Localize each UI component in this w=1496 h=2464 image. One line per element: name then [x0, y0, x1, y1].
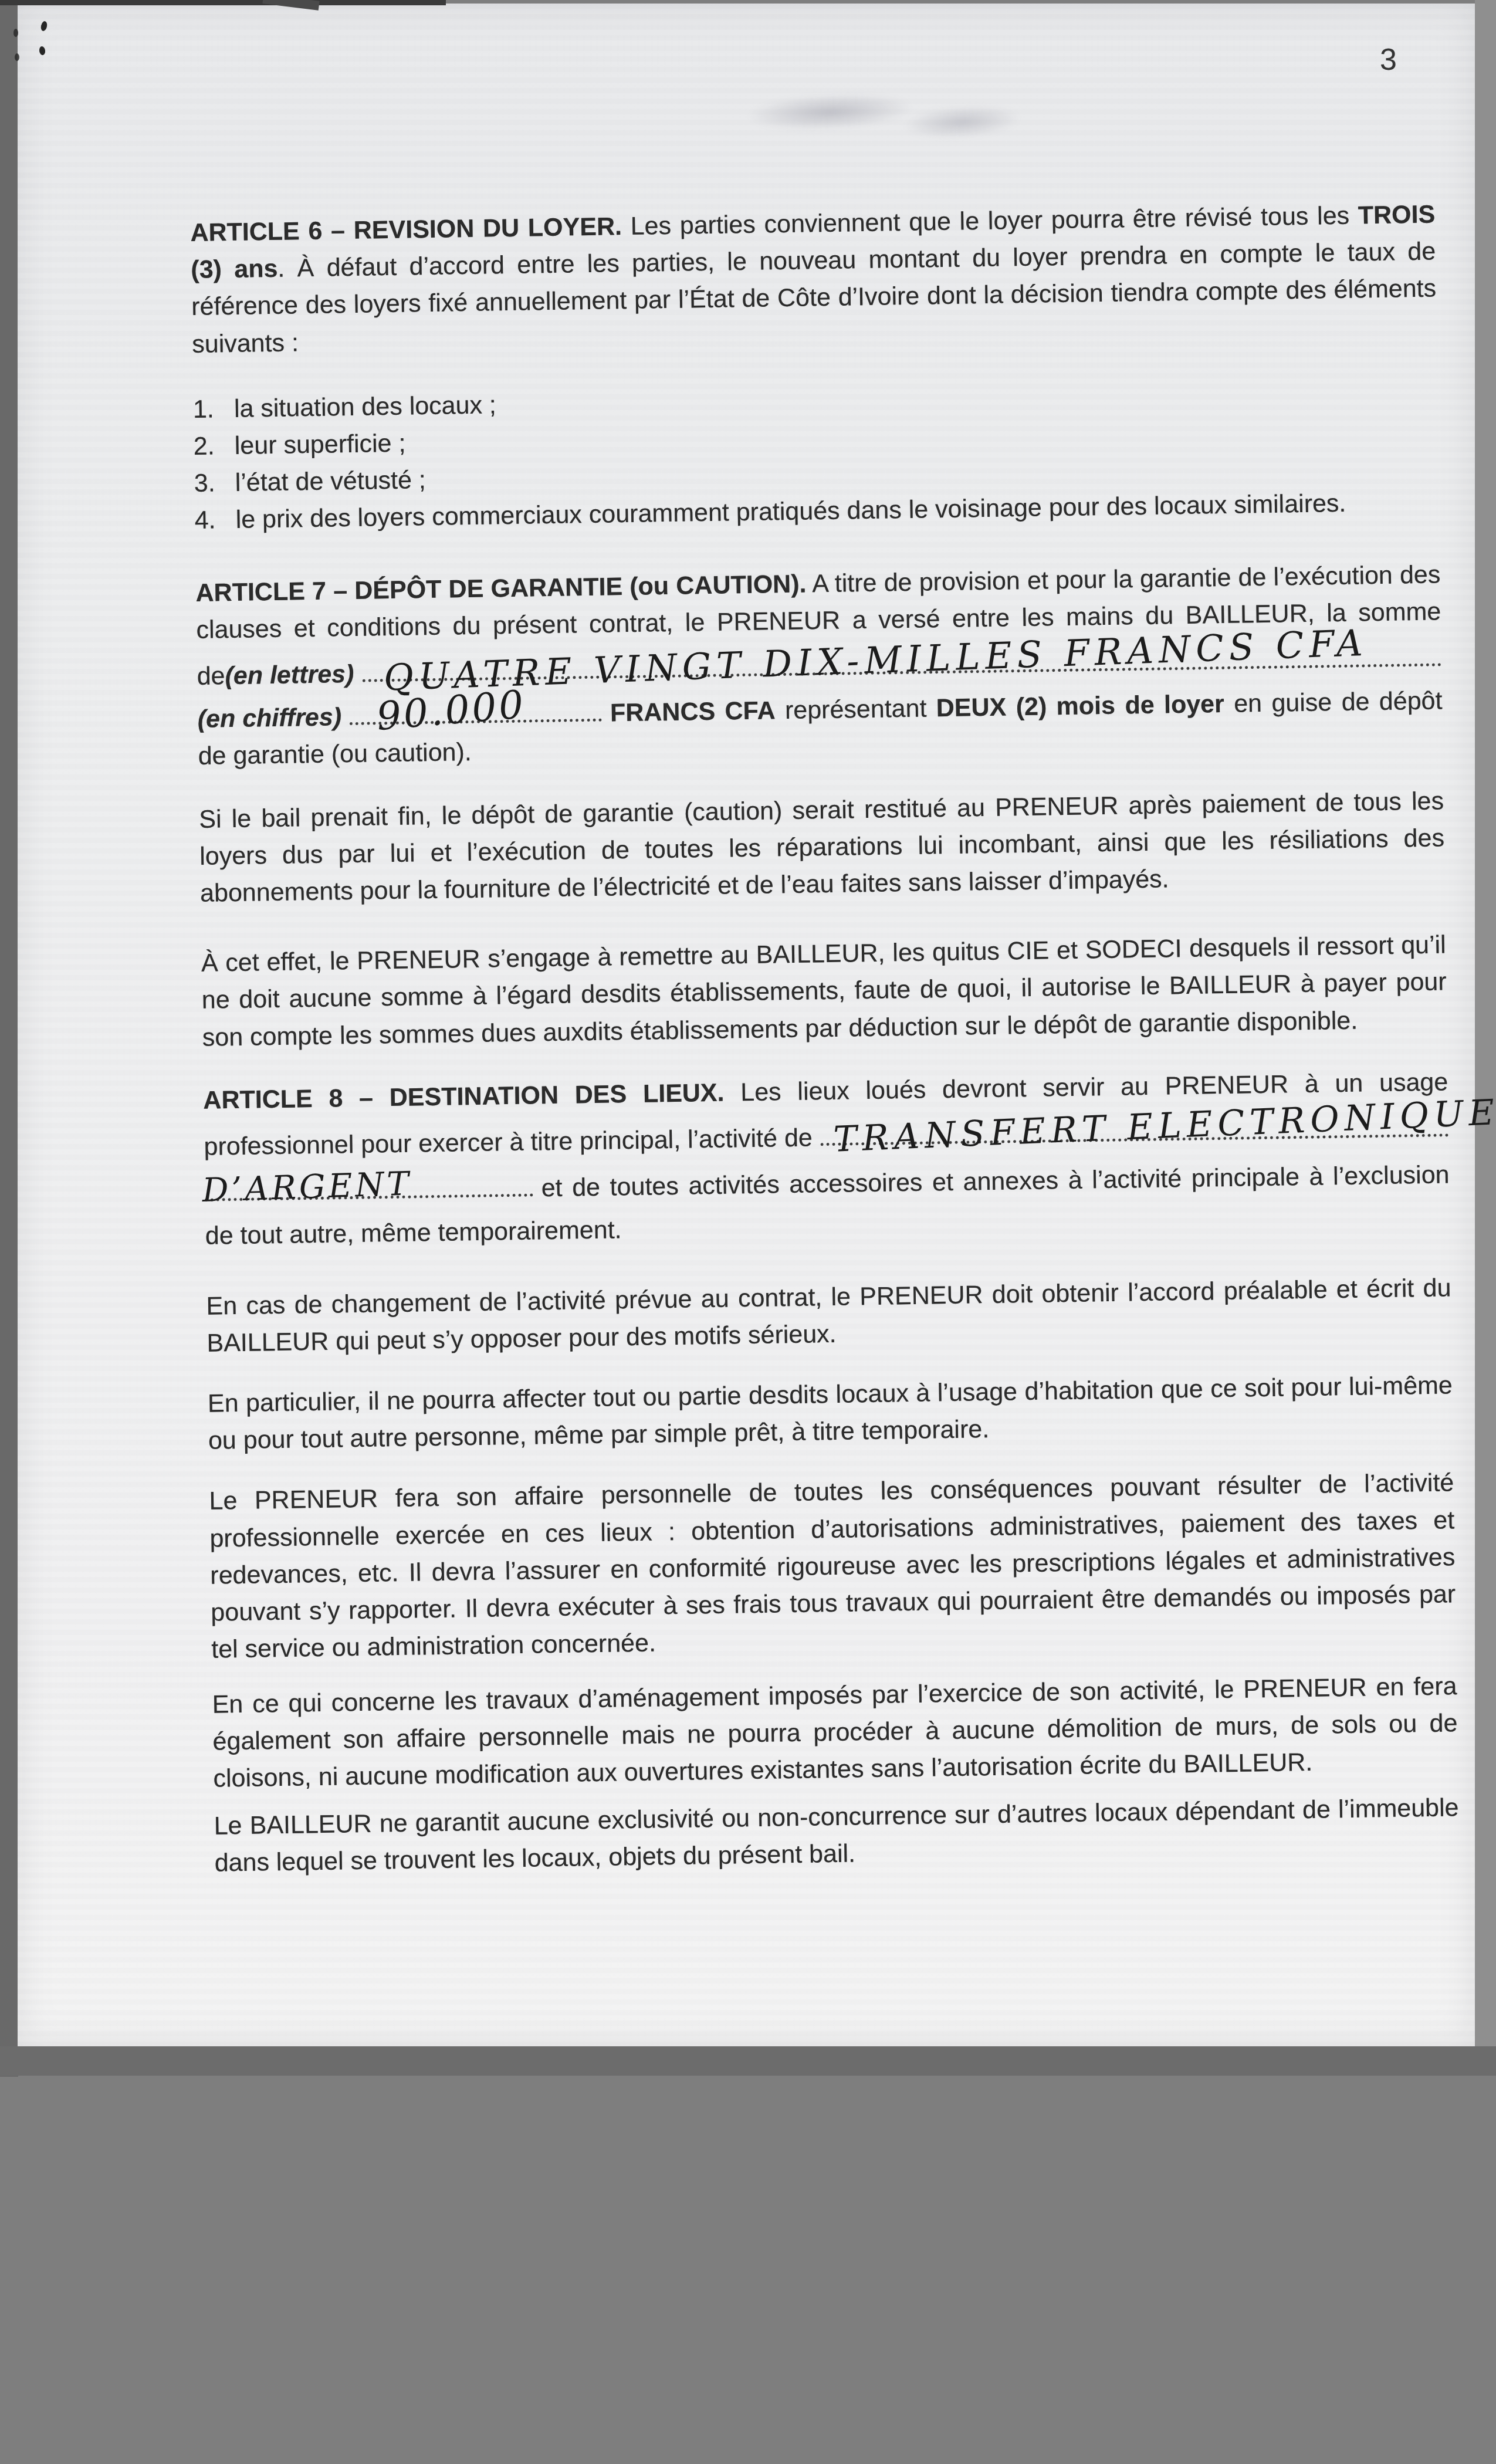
scanner-bed-top-edge [0, 0, 446, 5]
article-6-heading: ARTICLE 6 – REVISION DU LOYER. [190, 212, 622, 247]
article-7-paragraph-3: À cet effet, le PRENEUR s’engage à remet… [201, 927, 1447, 1057]
list-item-number: 3. [194, 465, 235, 502]
scanner-bed-right-edge [1475, 0, 1496, 2049]
article-7-heading: ARTICLE 7 – DÉPÔT DE GARANTIE (ou CAUTIO… [195, 570, 807, 607]
article-7-paragraph-2: Si le bail prenait fin, le dépôt de gara… [199, 783, 1446, 912]
article-8-paragraph-3: En particulier, il ne pourra affecter to… [208, 1367, 1454, 1460]
article-6-body-2: . À défaut d’accord entre les parties, l… [191, 238, 1436, 358]
contract-text-block: ARTICLE 6 – REVISION DU LOYER. Les parti… [190, 197, 1460, 1883]
two-months-bold: DEUX (2) mois de loyer [936, 690, 1224, 722]
figures-text-2: en guise de dépôt [1224, 687, 1442, 719]
scanner-bed-bottom-band [0, 2046, 1496, 2076]
en-chiffres-label: (en chiffres) [197, 699, 341, 739]
article-8-paragraph-4: Le PRENEUR fera son affaire personnelle … [209, 1465, 1456, 1668]
dotted-fill-segment: D’ARGENT [205, 1193, 533, 1201]
list-item-number: 1. [192, 391, 234, 428]
list-item-number: 2. [193, 428, 235, 465]
activity-line-text: professionnel pour exercer à titre princ… [204, 1120, 813, 1166]
scanner-bed-left-edge [0, 0, 18, 2077]
list-item-text: leur superficie ; [234, 425, 405, 465]
handwritten-amount-figures: 90.000 [375, 685, 528, 736]
list-item-number: 4. [194, 502, 236, 539]
article-6-criteria-list: 1. la situation des locaux ; 2. leur sup… [192, 373, 1440, 539]
list-item-text: la situation des locaux ; [233, 387, 496, 428]
article-8-paragraph-5: En ce qui concerne les travaux d’aménage… [212, 1668, 1458, 1798]
page-number: 3 [1380, 42, 1397, 77]
dotted-fill-line: QUATRE VINGT DIX-MILLES FRANCS CFA [362, 662, 1441, 682]
staple-hole [15, 53, 19, 61]
list-item-text: l’état de vétusté ; [235, 462, 426, 502]
article-8-paragraph-2: En cas de changement de l’activité prévu… [206, 1270, 1452, 1362]
en-lettres-label: (en lettres) [225, 656, 354, 695]
dotted-fill-segment: 90.000 [350, 717, 602, 725]
amount-words-prefix: de [197, 658, 225, 695]
article-6-paragraph: ARTICLE 6 – REVISION DU LOYER. Les parti… [190, 197, 1437, 363]
handwritten-activity-2: D’ARGENT [202, 1168, 412, 1208]
activity-line-tail: et de toutes activités accessoires et an… [541, 1157, 1450, 1207]
staple-hole [13, 29, 18, 37]
article-6-body-1: Les parties conviennent que le loyer pou… [622, 201, 1359, 241]
francs-cfa-bold: FRANCS CFA [610, 697, 776, 727]
article-8-heading: ARTICLE 8 – DESTINATION DES LIEUX. [203, 1079, 725, 1115]
activity-fill-line-1: professionnel pour exercer à titre princ… [204, 1110, 1449, 1166]
figures-text-1: représentant [775, 694, 936, 725]
dotted-fill-line: TRANSFERT ELECTRONIQUE [821, 1132, 1449, 1146]
